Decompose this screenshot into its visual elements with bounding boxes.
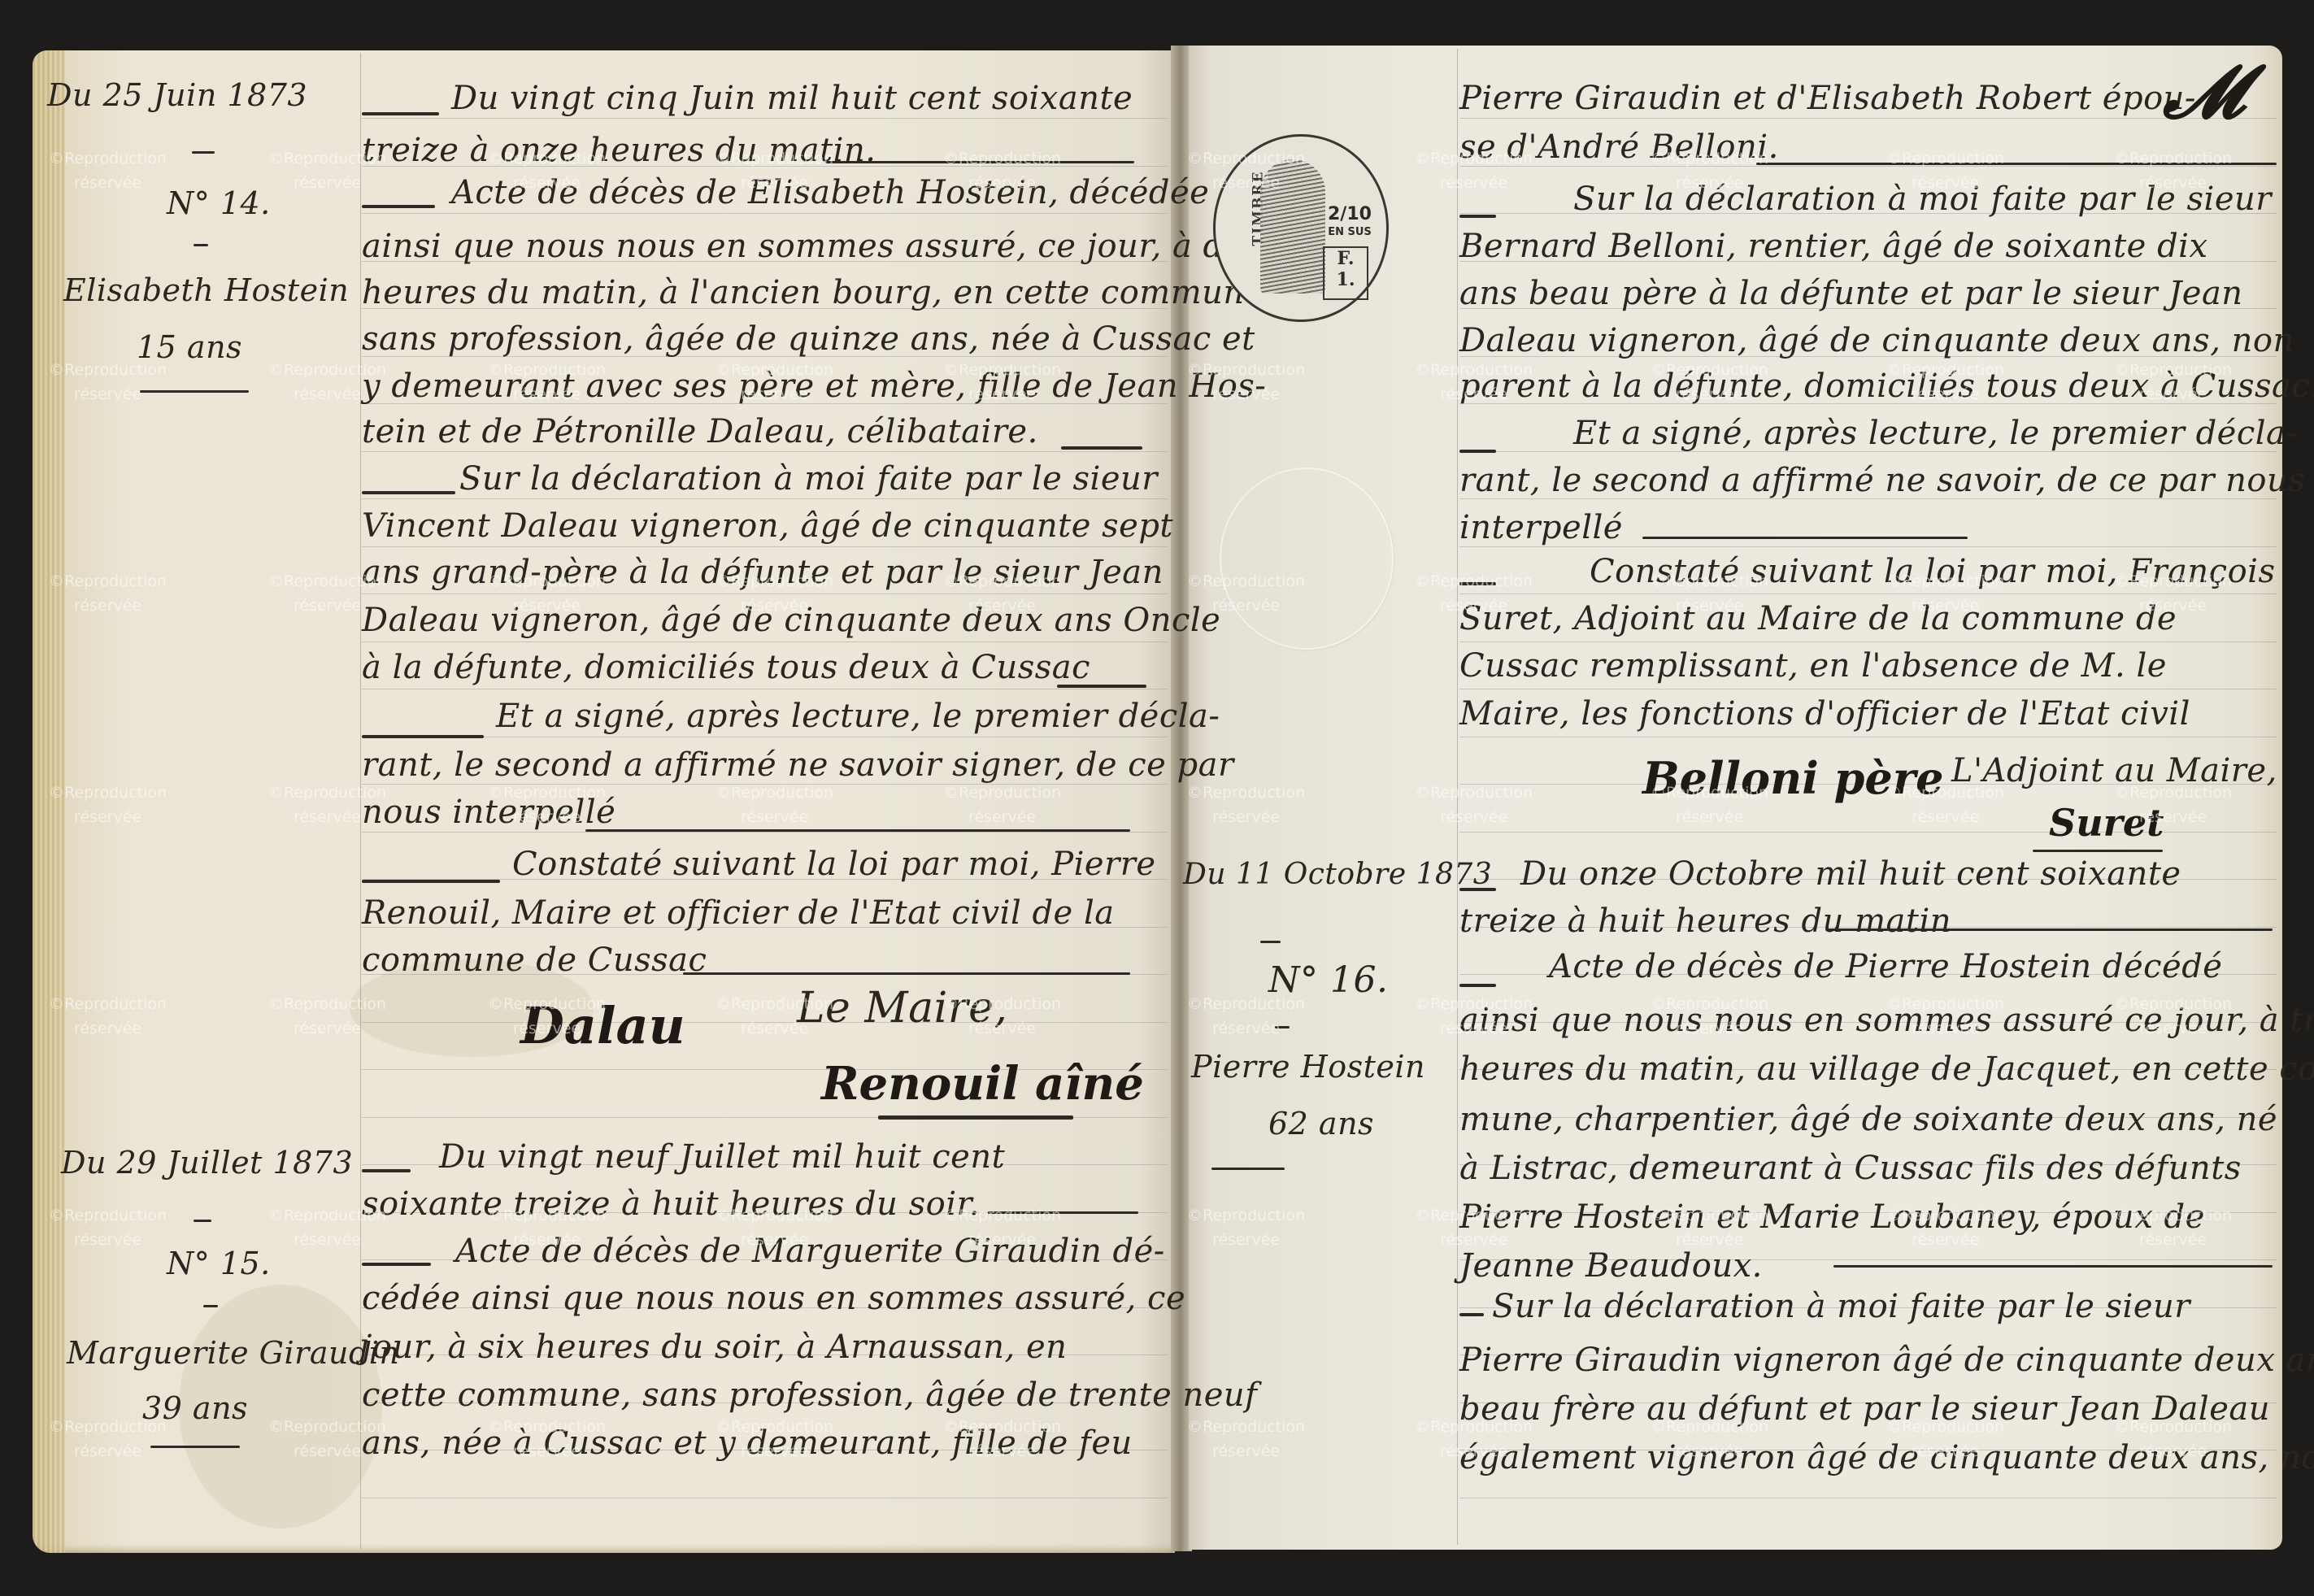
entry-16-line: Acte de décès de Pierre Hostein décédé	[1549, 948, 2222, 985]
signature-declarant: Belloni père	[1642, 752, 1944, 804]
continuation-line: Sur la déclaration à moi faite par le si…	[1573, 180, 2272, 218]
entry-14-line: treize à onze heures du matin.	[362, 132, 876, 169]
entry-14-date: Du 25 Juin 1873	[47, 77, 307, 113]
signature-title: Le Maire,	[797, 984, 1007, 1033]
continuation-line: se d'André Belloni.	[1459, 128, 1779, 166]
continuation-line: Et a signé, après lecture, le premier dé…	[1573, 415, 2297, 452]
entry-15-line: ans, née à Cussac et y demeurant, fille …	[362, 1424, 1133, 1462]
signature-officer: Renouil aîné	[821, 1057, 1144, 1111]
ruled-line	[362, 641, 1167, 642]
entry-14-line: Et a signé, après lecture, le premier dé…	[496, 698, 1220, 735]
entry-16-line: Sur la déclaration à moi faite par le si…	[1492, 1288, 2190, 1325]
line-dash	[362, 112, 439, 115]
continuation-line: Maire, les fonctions d'officier de l'Eta…	[1459, 695, 2190, 733]
margin-dash	[1260, 941, 1281, 943]
continuation-line: Suret, Adjoint au Maire de la commune de	[1459, 600, 2177, 637]
ruled-line	[362, 784, 1167, 785]
continuation-line: ans beau père à la défunte et par le sie…	[1459, 275, 2243, 312]
entry-16-line: à Listrac, demeurant à Cussac fils des d…	[1459, 1150, 2242, 1187]
line-dash	[1642, 537, 1968, 539]
ruled-line	[1459, 166, 2277, 167]
entry-15-line: jour, à six heures du soir, à Arnaussan,…	[362, 1329, 1067, 1366]
margin-dash	[194, 1220, 211, 1222]
entry-14-age: 15 ans	[137, 329, 242, 365]
entry-15-line: soixante treize à huit heures du soir.	[362, 1185, 980, 1223]
line-dash	[1057, 685, 1146, 688]
line-dash	[1459, 582, 1496, 585]
line-dash	[1825, 928, 2273, 931]
line-dash	[362, 1263, 431, 1266]
signature-officer: Suret	[2049, 801, 2164, 845]
ruled-line	[1459, 594, 2277, 594]
line-dash	[1061, 446, 1142, 450]
line-dash	[362, 491, 455, 494]
ruled-line	[362, 1022, 1167, 1023]
line-dash	[1833, 1265, 2273, 1268]
justice-figure-icon	[1260, 159, 1325, 294]
ruled-line	[362, 832, 1167, 833]
continuation-line: Bernard Belloni, rentier, âgé de soixant…	[1459, 228, 2208, 265]
margin-dash	[150, 1446, 240, 1448]
line-dash	[362, 1169, 411, 1172]
entry-14-name: Elisabeth Hostein	[63, 272, 349, 308]
ruled-line	[362, 689, 1167, 689]
left-margin-line	[360, 53, 361, 1549]
entry-14-line: commune de Cussac	[362, 942, 707, 979]
signature-flourish	[2033, 850, 2163, 852]
stamp-value: 1.	[1324, 269, 1367, 290]
stamp-tax: 2/10 EN SUS	[1328, 206, 1372, 241]
embossed-seal	[1220, 467, 1394, 650]
line-dash	[1459, 1313, 1484, 1316]
entry-14-line: Du vingt cinq Juin mil huit cent soixant…	[451, 80, 1133, 117]
signature-flourish	[878, 1115, 1073, 1120]
line-dash	[683, 972, 1130, 975]
ruled-line	[1459, 546, 2277, 547]
marginal-paraph: 𝓜	[2163, 49, 2245, 136]
line-dash	[1459, 450, 1496, 453]
revenue-stamp: TIMBRE 2/10 EN SUS F. 1.	[1213, 134, 1389, 322]
line-dash	[1459, 215, 1496, 218]
entry-16-line: Jeanne Beaudoux.	[1459, 1247, 1763, 1285]
continuation-line: rant, le second a affirmé ne savoir, de …	[1459, 462, 2305, 499]
entry-15-line: cette commune, sans profession, âgée de …	[362, 1376, 1257, 1414]
entry-16-line: mune, charpentier, âgé de soixante deux …	[1459, 1101, 2277, 1138]
entry-16-line: heures du matin, au village de Jacquet, …	[1459, 1050, 2314, 1088]
margin-dash	[192, 151, 215, 154]
entry-14-line: rant, le second a affirmé ne savoir sign…	[362, 746, 1234, 784]
entry-14-line: Acte de décès de Elisabeth Hostein, décé…	[451, 174, 1209, 211]
entry-16-line: ainsi que nous nous en sommes assuré ce …	[1459, 1002, 2314, 1039]
ruled-line	[362, 594, 1167, 594]
line-dash	[362, 205, 435, 208]
entry-14-line: Renouil, Maire et officier de l'Etat civ…	[362, 894, 1115, 932]
margin-dash	[1211, 1168, 1285, 1170]
continuation-line: Constaté suivant la loi par moi, Françoi…	[1590, 553, 2276, 590]
margin-dash	[1275, 1026, 1290, 1028]
line-dash	[362, 735, 484, 738]
ruled-line	[1459, 641, 2277, 642]
signature-title: L'Adjoint au Maire,	[1951, 752, 2277, 789]
entry-14-line: y demeurant avec ses père et mère, fille…	[362, 367, 1266, 405]
entry-16-line: également vigneron âgé de cinquante deux…	[1459, 1439, 2314, 1476]
entry-16-line: beau frère au défunt et par le sieur Jea…	[1459, 1390, 2270, 1428]
entry-16-number: N° 16.	[1268, 959, 1388, 1001]
entry-14-number: N° 14.	[167, 185, 271, 221]
line-dash	[1459, 984, 1496, 987]
entry-16-line: Du onze Octobre mil huit cent soixante	[1520, 855, 2181, 893]
entry-15-number: N° 15.	[167, 1246, 271, 1281]
ruled-line	[362, 213, 1167, 214]
entry-14-line: ainsi que nous nous en sommes assuré, ce…	[362, 228, 1254, 265]
ruled-line	[362, 546, 1167, 547]
line-dash	[1756, 163, 2277, 165]
continuation-line: parent à la défunte, domiciliés tous deu…	[1459, 367, 2314, 405]
entry-16-line: Pierre Hostein et Marie Loubaney, époux …	[1459, 1198, 2205, 1236]
line-dash	[988, 1211, 1138, 1214]
line-dash	[825, 161, 1134, 163]
entry-15-line: Acte de décès de Marguerite Giraudin dé-	[455, 1233, 1165, 1270]
page-edges	[33, 50, 65, 1553]
entry-16-age: 62 ans	[1268, 1106, 1374, 1142]
entry-14-line: Vincent Daleau vigneron, âgé de cinquant…	[362, 507, 1173, 545]
entry-14-line: à la défunte, domiciliés tous deux à Cus…	[362, 649, 1090, 686]
continuation-line: interpellé	[1459, 509, 1623, 546]
entry-16-name: Pierre Hostein	[1191, 1049, 1425, 1085]
ruled-line	[362, 451, 1167, 452]
entry-16-line: Pierre Giraudin vigneron âgé de cinquant…	[1459, 1342, 2314, 1379]
continuation-line: Cussac remplissant, en l'absence de M. l…	[1459, 647, 2167, 685]
entry-15-name: Marguerite Giraudin	[67, 1335, 399, 1371]
line-dash	[1459, 888, 1496, 891]
ruled-line	[362, 118, 1167, 119]
stamp-tax-value: 2/10	[1328, 204, 1372, 224]
line-dash	[362, 880, 500, 883]
ruled-line	[1459, 1498, 2277, 1498]
entry-14-line: sans profession, âgée de quinze ans, née…	[362, 320, 1255, 358]
signature-declarant: Dalau	[520, 996, 685, 1055]
ruled-line	[362, 1498, 1167, 1498]
continuation-line: Daleau vigneron, âgé de cinquante deux a…	[1459, 322, 2294, 359]
ruled-line	[362, 498, 1167, 499]
entry-14-line: Daleau vigneron, âgé de cinquante deux a…	[362, 602, 1220, 639]
right-margin-line	[1457, 49, 1458, 1545]
ruled-line	[1459, 118, 2277, 119]
entry-15-line: Du vingt neuf Juillet mil huit cent	[439, 1138, 1005, 1176]
ruled-line	[1459, 737, 2277, 737]
entry-15-age: 39 ans	[142, 1390, 248, 1426]
entry-14-line: tein et de Pétronille Daleau, célibatair…	[362, 413, 1038, 450]
ruled-line	[1459, 689, 2277, 689]
entry-14-line: nous interpellé	[362, 794, 615, 831]
entry-14-line: Constaté suivant la loi par moi, Pierre	[512, 846, 1156, 883]
entry-14-line: heures du matin, à l'ancien bourg, en ce…	[362, 274, 1275, 311]
continuation-line: Pierre Giraudin et d'Elisabeth Robert ép…	[1459, 80, 2196, 117]
entry-16-line: treize à huit heures du matin	[1459, 902, 1951, 940]
entry-16-date: Du 11 Octobre 1873	[1183, 858, 1492, 891]
line-dash	[585, 829, 1130, 832]
entry-15-date: Du 29 Juillet 1873	[61, 1145, 353, 1181]
margin-dash	[203, 1305, 218, 1307]
margin-dash	[140, 390, 249, 393]
stamp-unit: F.	[1324, 248, 1367, 269]
stamp-tax-note: EN SUS	[1328, 224, 1372, 241]
entry-14-line: Sur la déclaration à moi faite par le si…	[459, 460, 1158, 498]
margin-dash	[194, 244, 208, 246]
entry-15-line: cédée ainsi que nous nous en sommes assu…	[362, 1280, 1185, 1317]
stamp-value-box: F. 1.	[1323, 246, 1368, 300]
entry-14-line: ans grand-père à la défunte et par le si…	[362, 554, 1164, 591]
